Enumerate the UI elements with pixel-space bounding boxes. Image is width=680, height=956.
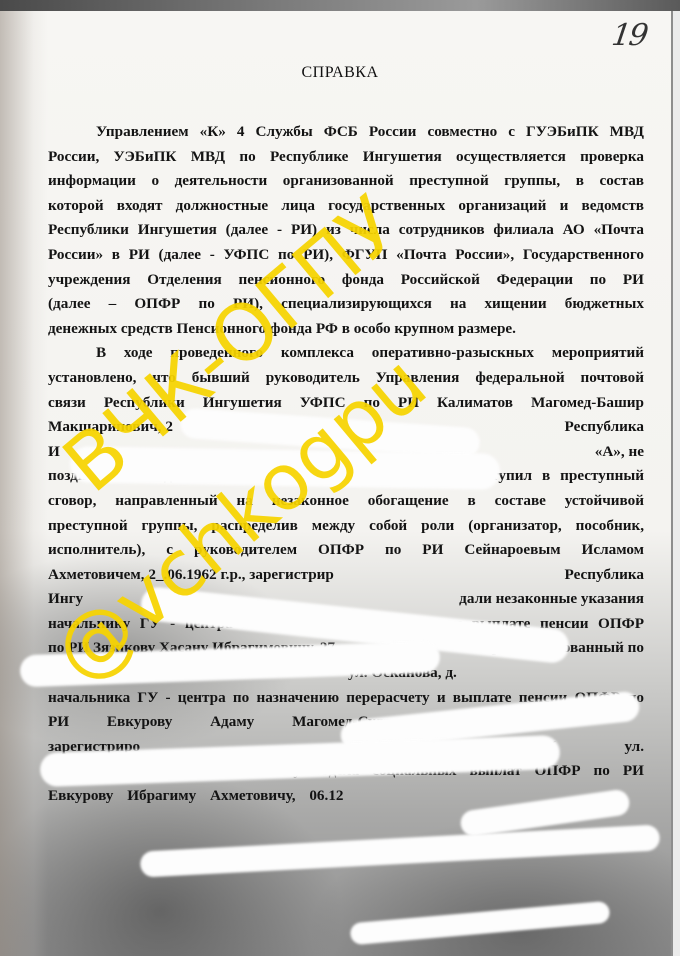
- text-fragment: Евкурову Ибрагиму Ахметовичу, 06.12: [48, 787, 344, 804]
- page-right-margin: [673, 11, 680, 956]
- text-line: (далее – ОПФР по РИ), специализирующихся…: [48, 292, 644, 317]
- text-line: Управлением «К» 4 Службы ФСБ России совм…: [48, 120, 644, 145]
- text-line: России» в РИ (далее - УФПС по РИ), ФГУП …: [48, 243, 644, 268]
- page-left-shadow: [0, 11, 48, 956]
- redaction-mark: [70, 446, 501, 489]
- text-fragment: И: [48, 443, 60, 460]
- text-fragment: Республика: [565, 563, 645, 588]
- text-fragment: «А», не: [595, 440, 644, 465]
- text-line: В ходе проведенного комплекса оперативно…: [48, 341, 644, 366]
- handwritten-page-number: 19: [610, 18, 649, 53]
- text-line: России, УЭБиПК МВД по Республике Ингушет…: [48, 145, 644, 170]
- text-line: преступной группы, распределив между соб…: [48, 514, 644, 539]
- text-line: связи Республики Ингушетия УФПС по РИ Ка…: [48, 391, 644, 416]
- text-fragment: Ахметовичем, 2_.06.1962 г.р., зарегистри…: [48, 566, 334, 583]
- text-line: которой входят должностные лица государс…: [48, 194, 644, 219]
- text-line: Ахметовичем, 2_.06.1962 г.р., зарегистри…: [48, 563, 644, 588]
- text-fragment: Макшарипович, 2: [48, 418, 173, 435]
- text-fragment: ул.: [624, 735, 644, 760]
- photo-top-edge: [0, 0, 680, 11]
- text-fragment: Республика: [565, 415, 645, 440]
- text-line: установлено, что бывший руководитель Упр…: [48, 366, 644, 391]
- text-fragment: дали незаконные указания: [459, 587, 644, 612]
- text-line: информации о деятельности организованной…: [48, 169, 644, 194]
- document-title: СПРАВКА: [0, 64, 680, 82]
- text-line: исполнитель), с руководителем ОПФР по РИ…: [48, 538, 644, 563]
- text-fragment: Ингу: [48, 590, 83, 607]
- text-line: денежных средств Пенсионного фонда РФ в …: [48, 317, 644, 342]
- text-line: Республики Ингушетия (далее - РИ) из чис…: [48, 218, 644, 243]
- text-line: учреждения Отделения пенсионного фонда Р…: [48, 268, 644, 293]
- text-line: сговор, направленный на незаконное обога…: [48, 489, 644, 514]
